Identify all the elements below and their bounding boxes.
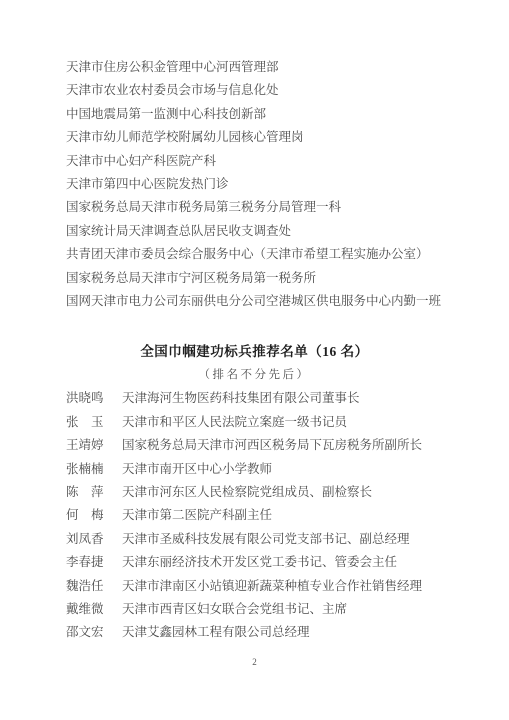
nominee-title: 天津市西青区妇女联合会党组书记、主席 bbox=[122, 598, 347, 621]
nominee-title: 天津东丽经济技术开发区党工委书记、管委会主任 bbox=[122, 551, 397, 574]
nominee-row: 洪晓鸣 天津海河生物医药科技集团有限公司董事长 bbox=[66, 387, 443, 410]
org-list-item: 天津市中心妇产科医院产科 bbox=[66, 150, 443, 173]
nominee-row: 刘凤香 天津市圣威科技发展有限公司党支部书记、副总经理 bbox=[66, 528, 443, 551]
nominee-row: 张楠楠 天津市南开区中心小学教师 bbox=[66, 458, 443, 481]
nominee-title: 天津市河东区人民检察院党组成员、副检察长 bbox=[122, 481, 372, 504]
nominee-row: 邵文宏 天津艾鑫园林工程有限公司总经理 bbox=[66, 621, 443, 644]
org-list-item: 国网天津市电力公司东丽供电分公司空港城区供电服务中心内勤一班 bbox=[66, 290, 443, 313]
nominee-title: 天津市圣威科技发展有限公司党支部书记、副总经理 bbox=[122, 528, 410, 551]
document-content: 天津市住房公积金管理中心河西管理部 天津市农业农村委员会市场与信息化处 中国地震… bbox=[66, 56, 443, 645]
nominee-title: 天津市南开区中心小学教师 bbox=[122, 458, 272, 481]
nominee-title: 天津海河生物医药科技集团有限公司董事长 bbox=[122, 387, 360, 410]
nominee-title: 国家税务总局天津市河西区税务局下瓦房税务所副所长 bbox=[122, 434, 422, 457]
org-list-item: 国家统计局天津调查总队居民收支调查处 bbox=[66, 220, 443, 243]
nominee-row: 张 玉 天津市和平区人民法院立案庭一级书记员 bbox=[66, 411, 443, 434]
nominee-row: 戴维微 天津市西青区妇女联合会党组书记、主席 bbox=[66, 598, 443, 621]
org-list-item: 国家税务总局天津市税务局第三税务分局管理一科 bbox=[66, 196, 443, 219]
nominee-row: 何 梅 天津市第二医院产科副主任 bbox=[66, 504, 443, 527]
nominee-title: 天津市和平区人民法院立案庭一级书记员 bbox=[122, 411, 347, 434]
nominee-row: 王靖婷 国家税务总局天津市河西区税务局下瓦房税务所副所长 bbox=[66, 434, 443, 457]
nominee-name: 张楠楠 bbox=[66, 458, 104, 481]
nominee-title: 天津艾鑫园林工程有限公司总经理 bbox=[122, 621, 310, 644]
org-list-item: 天津市住房公积金管理中心河西管理部 bbox=[66, 56, 443, 79]
nominee-name: 陈 萍 bbox=[66, 481, 104, 504]
org-list-item: 中国地震局第一监测中心科技创新部 bbox=[66, 103, 443, 126]
nominee-name: 洪晓鸣 bbox=[66, 387, 104, 410]
org-list-item: 天津市农业农村委员会市场与信息化处 bbox=[66, 79, 443, 102]
nominee-row: 李春捷 天津东丽经济技术开发区党工委书记、管委会主任 bbox=[66, 551, 443, 574]
section-subtitle: （排名不分先后） bbox=[66, 364, 443, 387]
nominee-name: 李春捷 bbox=[66, 551, 104, 574]
nominee-name: 邵文宏 bbox=[66, 621, 104, 644]
org-list-item: 共青团天津市委员会综合服务中心（天津市希望工程实施办公室） bbox=[66, 243, 443, 266]
org-list-item: 国家税务总局天津市宁河区税务局第一税务所 bbox=[66, 267, 443, 290]
nominee-name: 王靖婷 bbox=[66, 434, 104, 457]
nominee-name: 何 梅 bbox=[66, 504, 104, 527]
section-title: 全国巾帼建功标兵推荐名单（16 名） bbox=[66, 340, 443, 363]
nominee-name: 魏浩任 bbox=[66, 575, 104, 598]
document-page: 天津市住房公积金管理中心河西管理部 天津市农业农村委员会市场与信息化处 中国地震… bbox=[0, 0, 509, 720]
nominee-title: 天津市第二医院产科副主任 bbox=[122, 504, 272, 527]
org-list-item: 天津市第四中心医院发热门诊 bbox=[66, 173, 443, 196]
nominee-name: 戴维微 bbox=[66, 598, 104, 621]
page-number: 2 bbox=[0, 656, 509, 668]
nominee-name: 张 玉 bbox=[66, 411, 104, 434]
org-list-item: 天津市幼儿师范学校附属幼儿园核心管理岗 bbox=[66, 126, 443, 149]
nominee-row: 魏浩任 天津市津南区小站镇迎新蔬菜种植专业合作社销售经理 bbox=[66, 575, 443, 598]
nominee-row: 陈 萍 天津市河东区人民检察院党组成员、副检察长 bbox=[66, 481, 443, 504]
nominee-title: 天津市津南区小站镇迎新蔬菜种植专业合作社销售经理 bbox=[122, 575, 422, 598]
nominee-name: 刘凤香 bbox=[66, 528, 104, 551]
